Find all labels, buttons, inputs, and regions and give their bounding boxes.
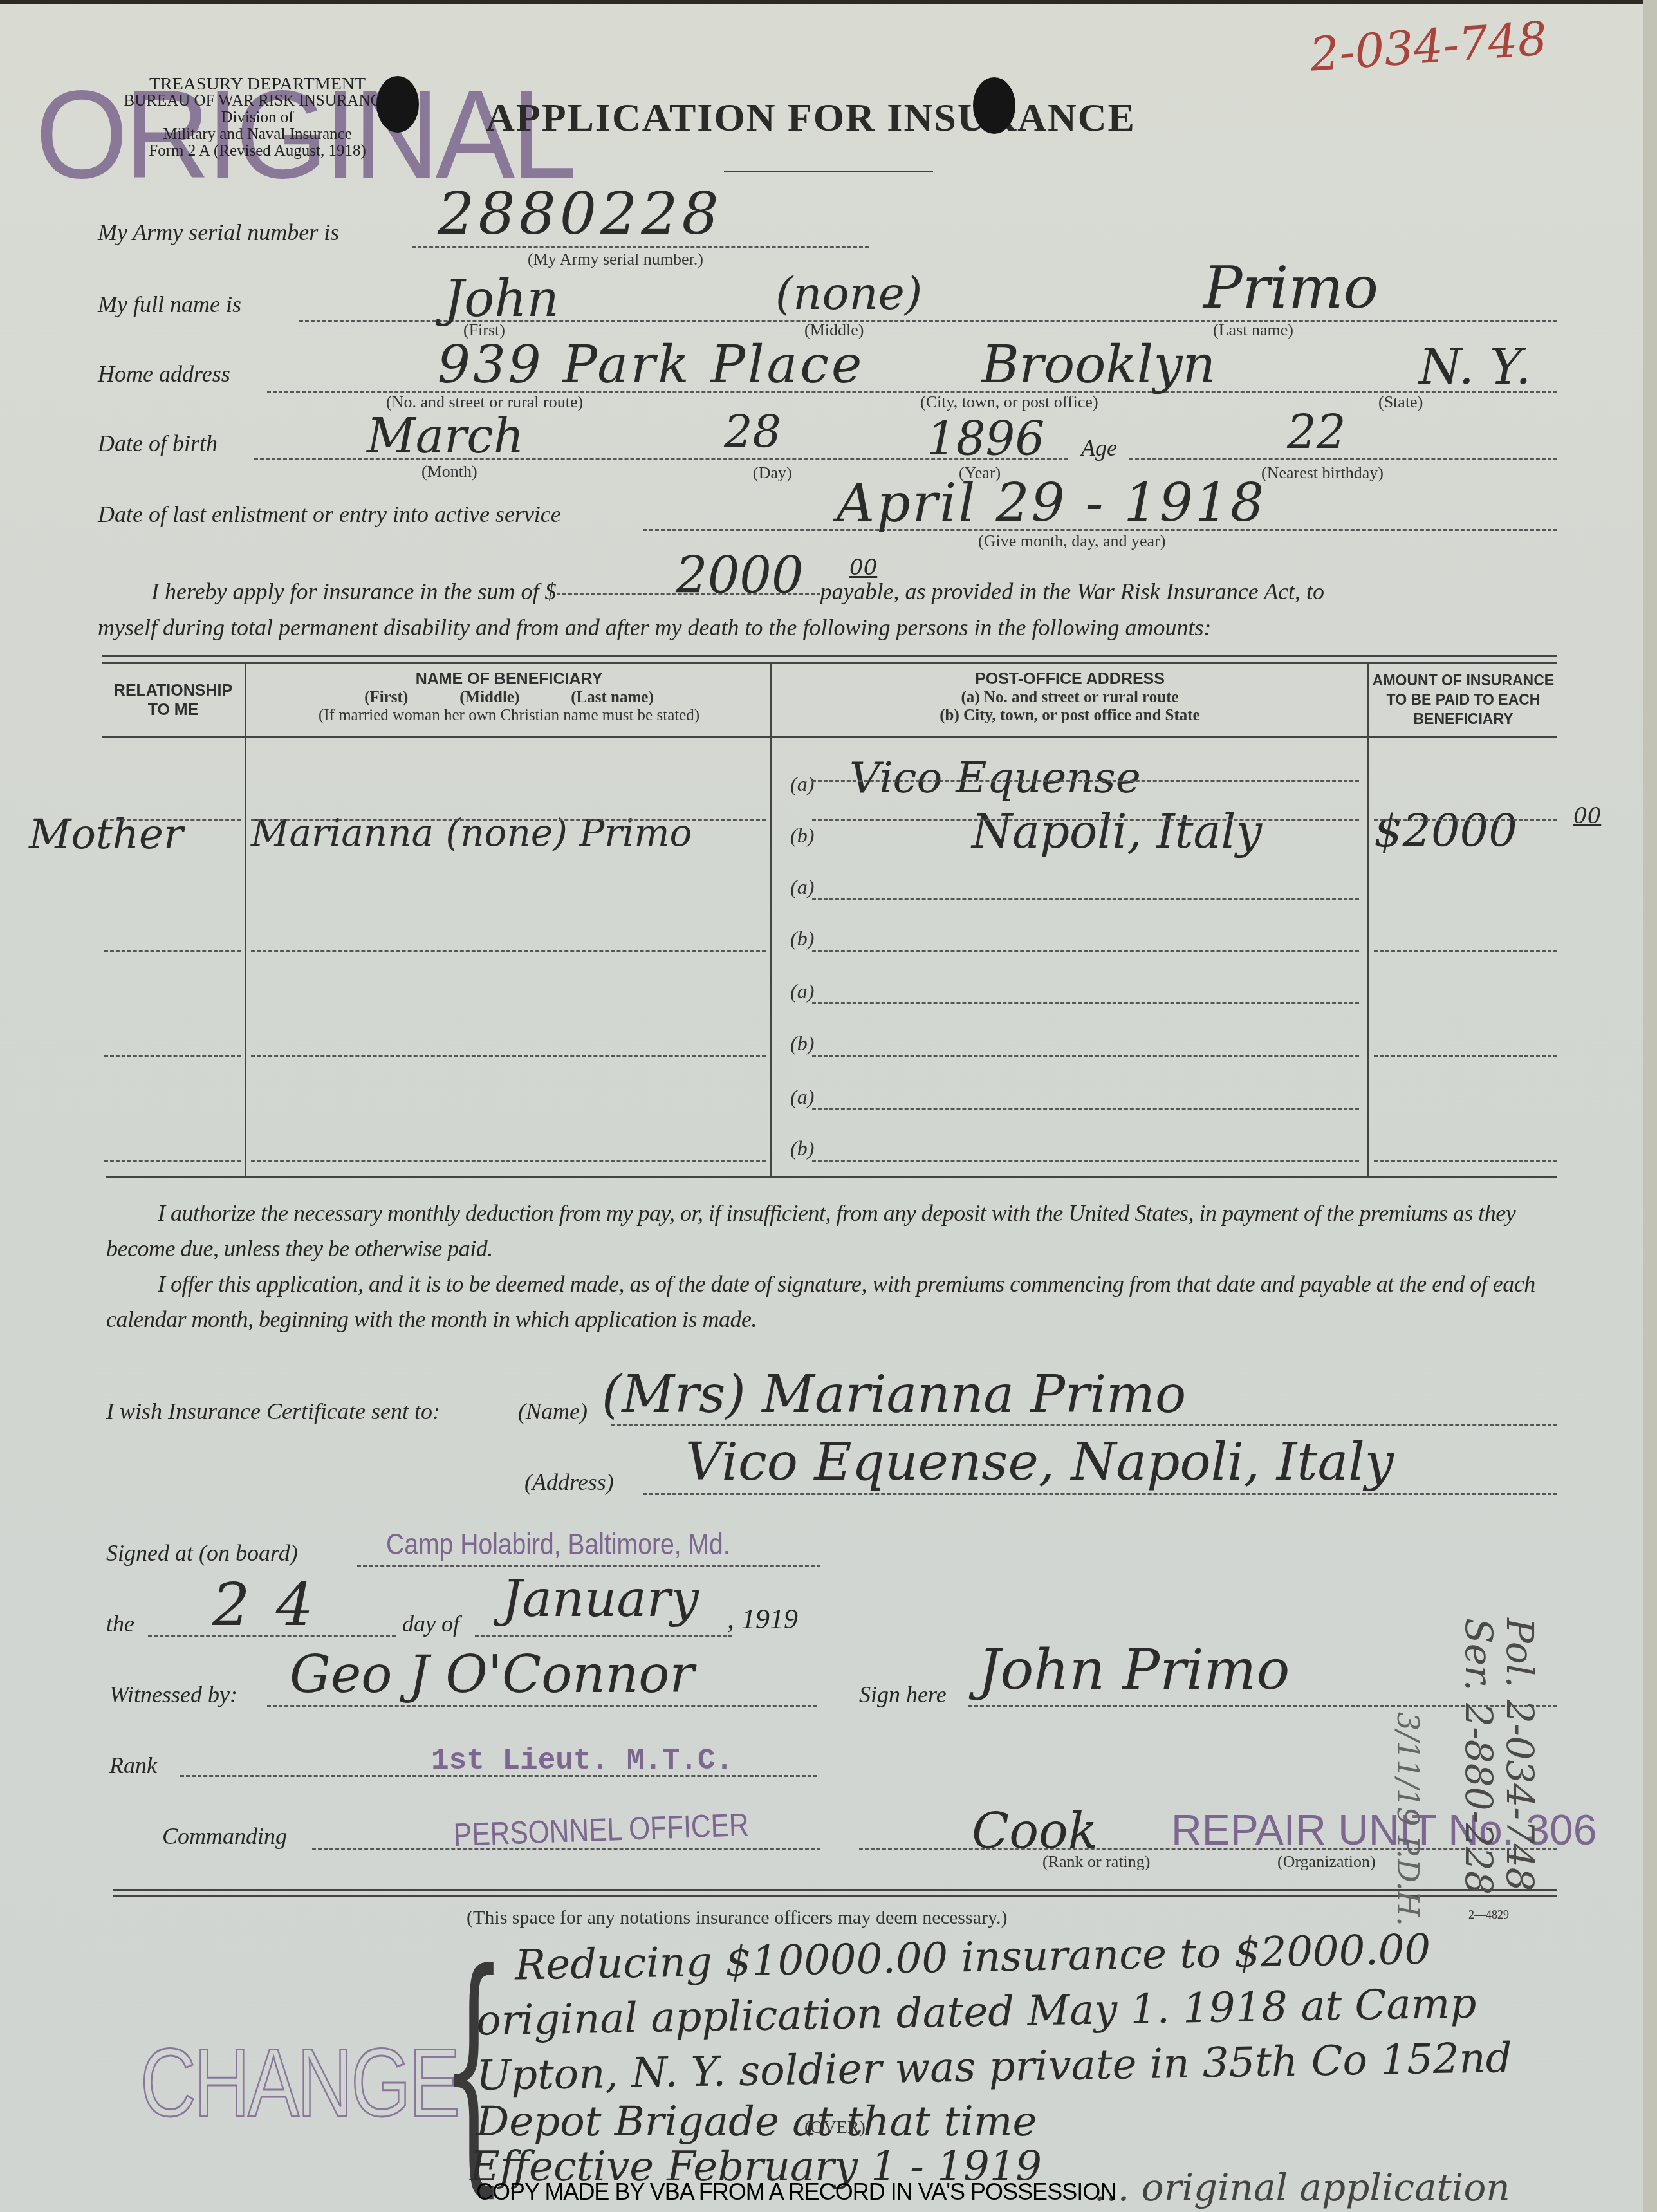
- apply-pre-text: I hereby apply for insurance in the sum …: [151, 579, 557, 604]
- row2-line-name: [251, 950, 766, 952]
- birth-day-value[interactable]: 28: [724, 405, 781, 458]
- notation-caption: (This space for any notations insurance …: [467, 1907, 1008, 1929]
- scan-top-edge: [0, 0, 1657, 4]
- notation-top-rule: [113, 1889, 1557, 1891]
- row-address-a[interactable]: Vico Equense: [849, 753, 1141, 803]
- nearest-birthday-caption: (Nearest birthday): [1261, 463, 1384, 483]
- serial-label: My Army serial number is: [98, 219, 339, 246]
- day-of-label: day of: [402, 1610, 459, 1637]
- header-address-a: (a) No. and street or rural route: [772, 689, 1367, 707]
- row2-line-amount: [1374, 950, 1557, 952]
- department-line: Division of: [97, 109, 418, 126]
- row4-line-amount: [1374, 1160, 1557, 1162]
- header-name-subparts: (First) (Middle) (Last name): [248, 689, 770, 707]
- department-line: Military and Naval Insurance: [97, 126, 418, 143]
- row3-label-b: (b): [790, 1032, 814, 1055]
- row1-line-rel: [104, 819, 241, 821]
- signed-at-value[interactable]: Camp Holabird, Baltimore, Md.: [386, 1527, 730, 1561]
- certificate-address-line: [643, 1493, 1557, 1495]
- row3-line-name: [251, 1055, 766, 1057]
- signing-day-value[interactable]: 24: [212, 1570, 339, 1639]
- table-bottom-rule: [106, 1176, 1557, 1178]
- table-top-rule: [102, 655, 1557, 657]
- state-value[interactable]: N. Y.: [1419, 338, 1532, 395]
- header-amount-line: TO BE PAID TO EACH: [1369, 690, 1557, 709]
- title-underline: [724, 171, 933, 172]
- document-page: ORIGINAL TREASURY DEPARTMENT BUREAU OF W…: [0, 0, 1657, 2212]
- month-caption: (Month): [421, 462, 477, 481]
- notation-line: ... original application: [1094, 2166, 1510, 2209]
- city-caption: (City, town, or post office): [920, 393, 1098, 412]
- serial-caption: (My Army serial number.): [528, 250, 703, 269]
- offer-paragraph: I offer this application, and it is to b…: [106, 1267, 1567, 1337]
- row4-line-a: [812, 1108, 1359, 1110]
- scan-right-edge: [1643, 0, 1657, 2212]
- organization-caption: (Organization): [1277, 1852, 1376, 1872]
- change-stamp: CHANGE: [140, 2027, 458, 2139]
- month-line: [475, 1635, 732, 1637]
- row2-label-a: (a): [790, 875, 814, 899]
- over-label: (OVER): [804, 2117, 866, 2138]
- footer-copy-banner: COPY MADE BY VBA FROM A RECORD IN VA'S P…: [476, 2179, 1116, 2206]
- street-value[interactable]: 939 Park Place: [438, 335, 864, 395]
- row1-line-a: [812, 780, 1359, 782]
- header-post-office-address: POST-OFFICE ADDRESS (a) No. and street o…: [772, 669, 1367, 725]
- signing-year: , 1919: [727, 1603, 798, 1635]
- row-amount-cents: 00: [1573, 803, 1601, 829]
- rank-label: Rank: [109, 1752, 157, 1779]
- row4-line-name: [251, 1160, 766, 1162]
- certificate-label: I wish Insurance Certificate sent to:: [106, 1398, 440, 1425]
- signed-at-line: [357, 1565, 820, 1567]
- margin-policy-note: Pol. 2-034-748 Ser. 2-880-228: [1458, 1618, 1541, 2004]
- row1-line-b: [812, 819, 1359, 821]
- certificate-address-label: (Address): [524, 1469, 614, 1496]
- row4-label-a: (a): [790, 1085, 814, 1109]
- age-label: Age: [1081, 434, 1117, 461]
- header-beneficiary-name: NAME OF BENEFICIARY (First) (Middle) (La…: [248, 669, 770, 725]
- city-value[interactable]: Brooklyn: [981, 335, 1216, 395]
- row2-line-a: [812, 898, 1359, 900]
- margin-note-line: Pol. 2-034-748: [1499, 1618, 1541, 2004]
- notation-top-rule-2: [113, 1895, 1557, 1897]
- the-label: the: [106, 1610, 134, 1637]
- birth-label: Date of birth: [98, 430, 218, 457]
- signing-month-value[interactable]: January: [502, 1570, 699, 1628]
- serial-value[interactable]: 2880228: [438, 180, 723, 248]
- file-number-red: 2-034-748: [1308, 11, 1549, 82]
- header-first: (First): [364, 689, 408, 707]
- header-amount: AMOUNT OF INSURANCE TO BE PAID TO EACH B…: [1369, 671, 1557, 729]
- header-middle: (Middle): [459, 689, 519, 707]
- margin-note-line: Ser. 2-880-228: [1458, 1618, 1499, 2004]
- witness-signature[interactable]: Geo J O'Connor: [290, 1644, 694, 1704]
- applicant-signature[interactable]: John Primo: [978, 1638, 1290, 1702]
- insurance-amount-value[interactable]: 2000: [676, 547, 804, 605]
- row2-line-rel: [104, 950, 241, 952]
- commanding-value[interactable]: PERSONNEL OFFICER: [453, 1806, 750, 1854]
- last-name-value[interactable]: Primo: [1203, 254, 1378, 322]
- page-title: APPLICATION FOR INSURANCE: [486, 95, 1136, 141]
- header-address-b: (b) City, town, or post office and State: [772, 707, 1367, 725]
- age-value[interactable]: 22: [1287, 405, 1346, 460]
- header-address-title: POST-OFFICE ADDRESS: [772, 669, 1367, 689]
- rank-rating-caption: (Rank or rating): [1042, 1852, 1151, 1872]
- day-caption: (Day): [753, 463, 792, 483]
- first-name-value[interactable]: John: [444, 270, 559, 328]
- header-amount-line: AMOUNT OF INSURANCE: [1369, 671, 1557, 690]
- address-label: Home address: [98, 360, 230, 387]
- table-row: Mother Marianna (none) Primo (a) (b) Vic…: [0, 740, 1657, 850]
- enlistment-caption: (Give month, day, and year): [978, 532, 1165, 551]
- witnessed-label: Witnessed by:: [109, 1681, 237, 1708]
- table-header-rule: [102, 736, 1557, 738]
- last-caption: (Last name): [1213, 321, 1293, 340]
- header-amount-line: BENEFICIARY: [1369, 709, 1557, 729]
- department-line: TREASURY DEPARTMENT: [97, 76, 418, 93]
- birth-year-value[interactable]: 1896: [927, 412, 1044, 466]
- header-name-note: (If married woman her own Christian name…: [248, 707, 770, 725]
- row3-line-rel: [104, 1055, 241, 1057]
- row3-label-a: (a): [790, 980, 814, 1003]
- apply-line-2: myself during total permanent disability…: [98, 610, 1212, 646]
- sign-here-label: Sign here: [859, 1681, 947, 1708]
- insurance-amount-cents: 00: [849, 555, 877, 581]
- row-label-a: (a): [790, 772, 814, 796]
- header-relationship-line: TO ME: [102, 700, 245, 720]
- notation-line: Depot Brigade at that time: [476, 2098, 1037, 2146]
- notation-line: original application dated May 1. 1918 a…: [476, 1980, 1476, 2045]
- row-label-b: (b): [790, 824, 814, 848]
- certificate-name-value[interactable]: (Mrs) Marianna Primo: [602, 1364, 1186, 1424]
- row-beneficiary-name[interactable]: Marianna (none) Primo: [251, 811, 692, 855]
- witness-line: [267, 1705, 817, 1707]
- certificate-name-label: (Name): [518, 1398, 588, 1425]
- enlistment-value[interactable]: April 29 - 1918: [837, 473, 1266, 534]
- row1-line-name: [251, 819, 766, 821]
- header-relationship: RELATIONSHIP TO ME: [102, 681, 245, 720]
- header-name-title: NAME OF BENEFICIARY: [248, 669, 770, 689]
- notation-line: Upton, N. Y. soldier was private in 35th…: [476, 2034, 1512, 2100]
- table-top-rule-2: [102, 662, 1557, 664]
- rank-rating-value[interactable]: Cook: [972, 1802, 1098, 1859]
- row4-line-rel: [104, 1160, 241, 1162]
- commanding-label: Commanding: [162, 1823, 287, 1850]
- row-address-b[interactable]: Napoli, Italy: [972, 804, 1262, 859]
- certificate-address-value[interactable]: Vico Equense, Napoli, Italy: [685, 1432, 1394, 1492]
- row2-line-b: [812, 950, 1359, 952]
- enlistment-label: Date of last enlistment or entry into ac…: [98, 501, 561, 528]
- header-relationship-line: RELATIONSHIP: [102, 681, 245, 700]
- punch-hole-right: [973, 77, 1015, 134]
- row4-line-b: [812, 1160, 1359, 1162]
- department-line: BUREAU OF WAR RISK INSURANCE: [97, 93, 418, 109]
- margin-initials: 3/11/19 P.D.H.: [1391, 1712, 1425, 1926]
- row3-line-amount: [1374, 1055, 1557, 1057]
- row-amount[interactable]: $2000: [1374, 804, 1517, 857]
- state-caption: (State): [1378, 393, 1423, 412]
- department-line: Form 2 A (Revised August, 1918): [97, 143, 418, 160]
- signed-at-label: Signed at (on board): [106, 1539, 298, 1566]
- middle-name-value[interactable]: (none): [775, 267, 922, 320]
- row2-label-b: (b): [790, 927, 814, 951]
- department-block: TREASURY DEPARTMENT BUREAU OF WAR RISK I…: [97, 76, 418, 160]
- row3-line-a: [812, 1002, 1359, 1004]
- birth-month-value[interactable]: March: [367, 409, 524, 464]
- apply-post-text: payable, as provided in the War Risk Ins…: [820, 579, 1325, 604]
- row3-line-b: [812, 1055, 1359, 1057]
- notation-line: Reducing $10000.00 insurance to $2000.00: [514, 1926, 1430, 1990]
- row4-label-b: (b): [790, 1137, 814, 1160]
- authorize-paragraph: I authorize the necessary monthly deduct…: [106, 1196, 1567, 1267]
- rank-value[interactable]: 1st Lieut. M.T.C.: [431, 1744, 733, 1778]
- row1-line-amount: [1374, 819, 1557, 821]
- punch-hole-left: [376, 76, 419, 133]
- header-last: (Last name): [571, 689, 653, 707]
- name-label: My full name is: [98, 291, 241, 318]
